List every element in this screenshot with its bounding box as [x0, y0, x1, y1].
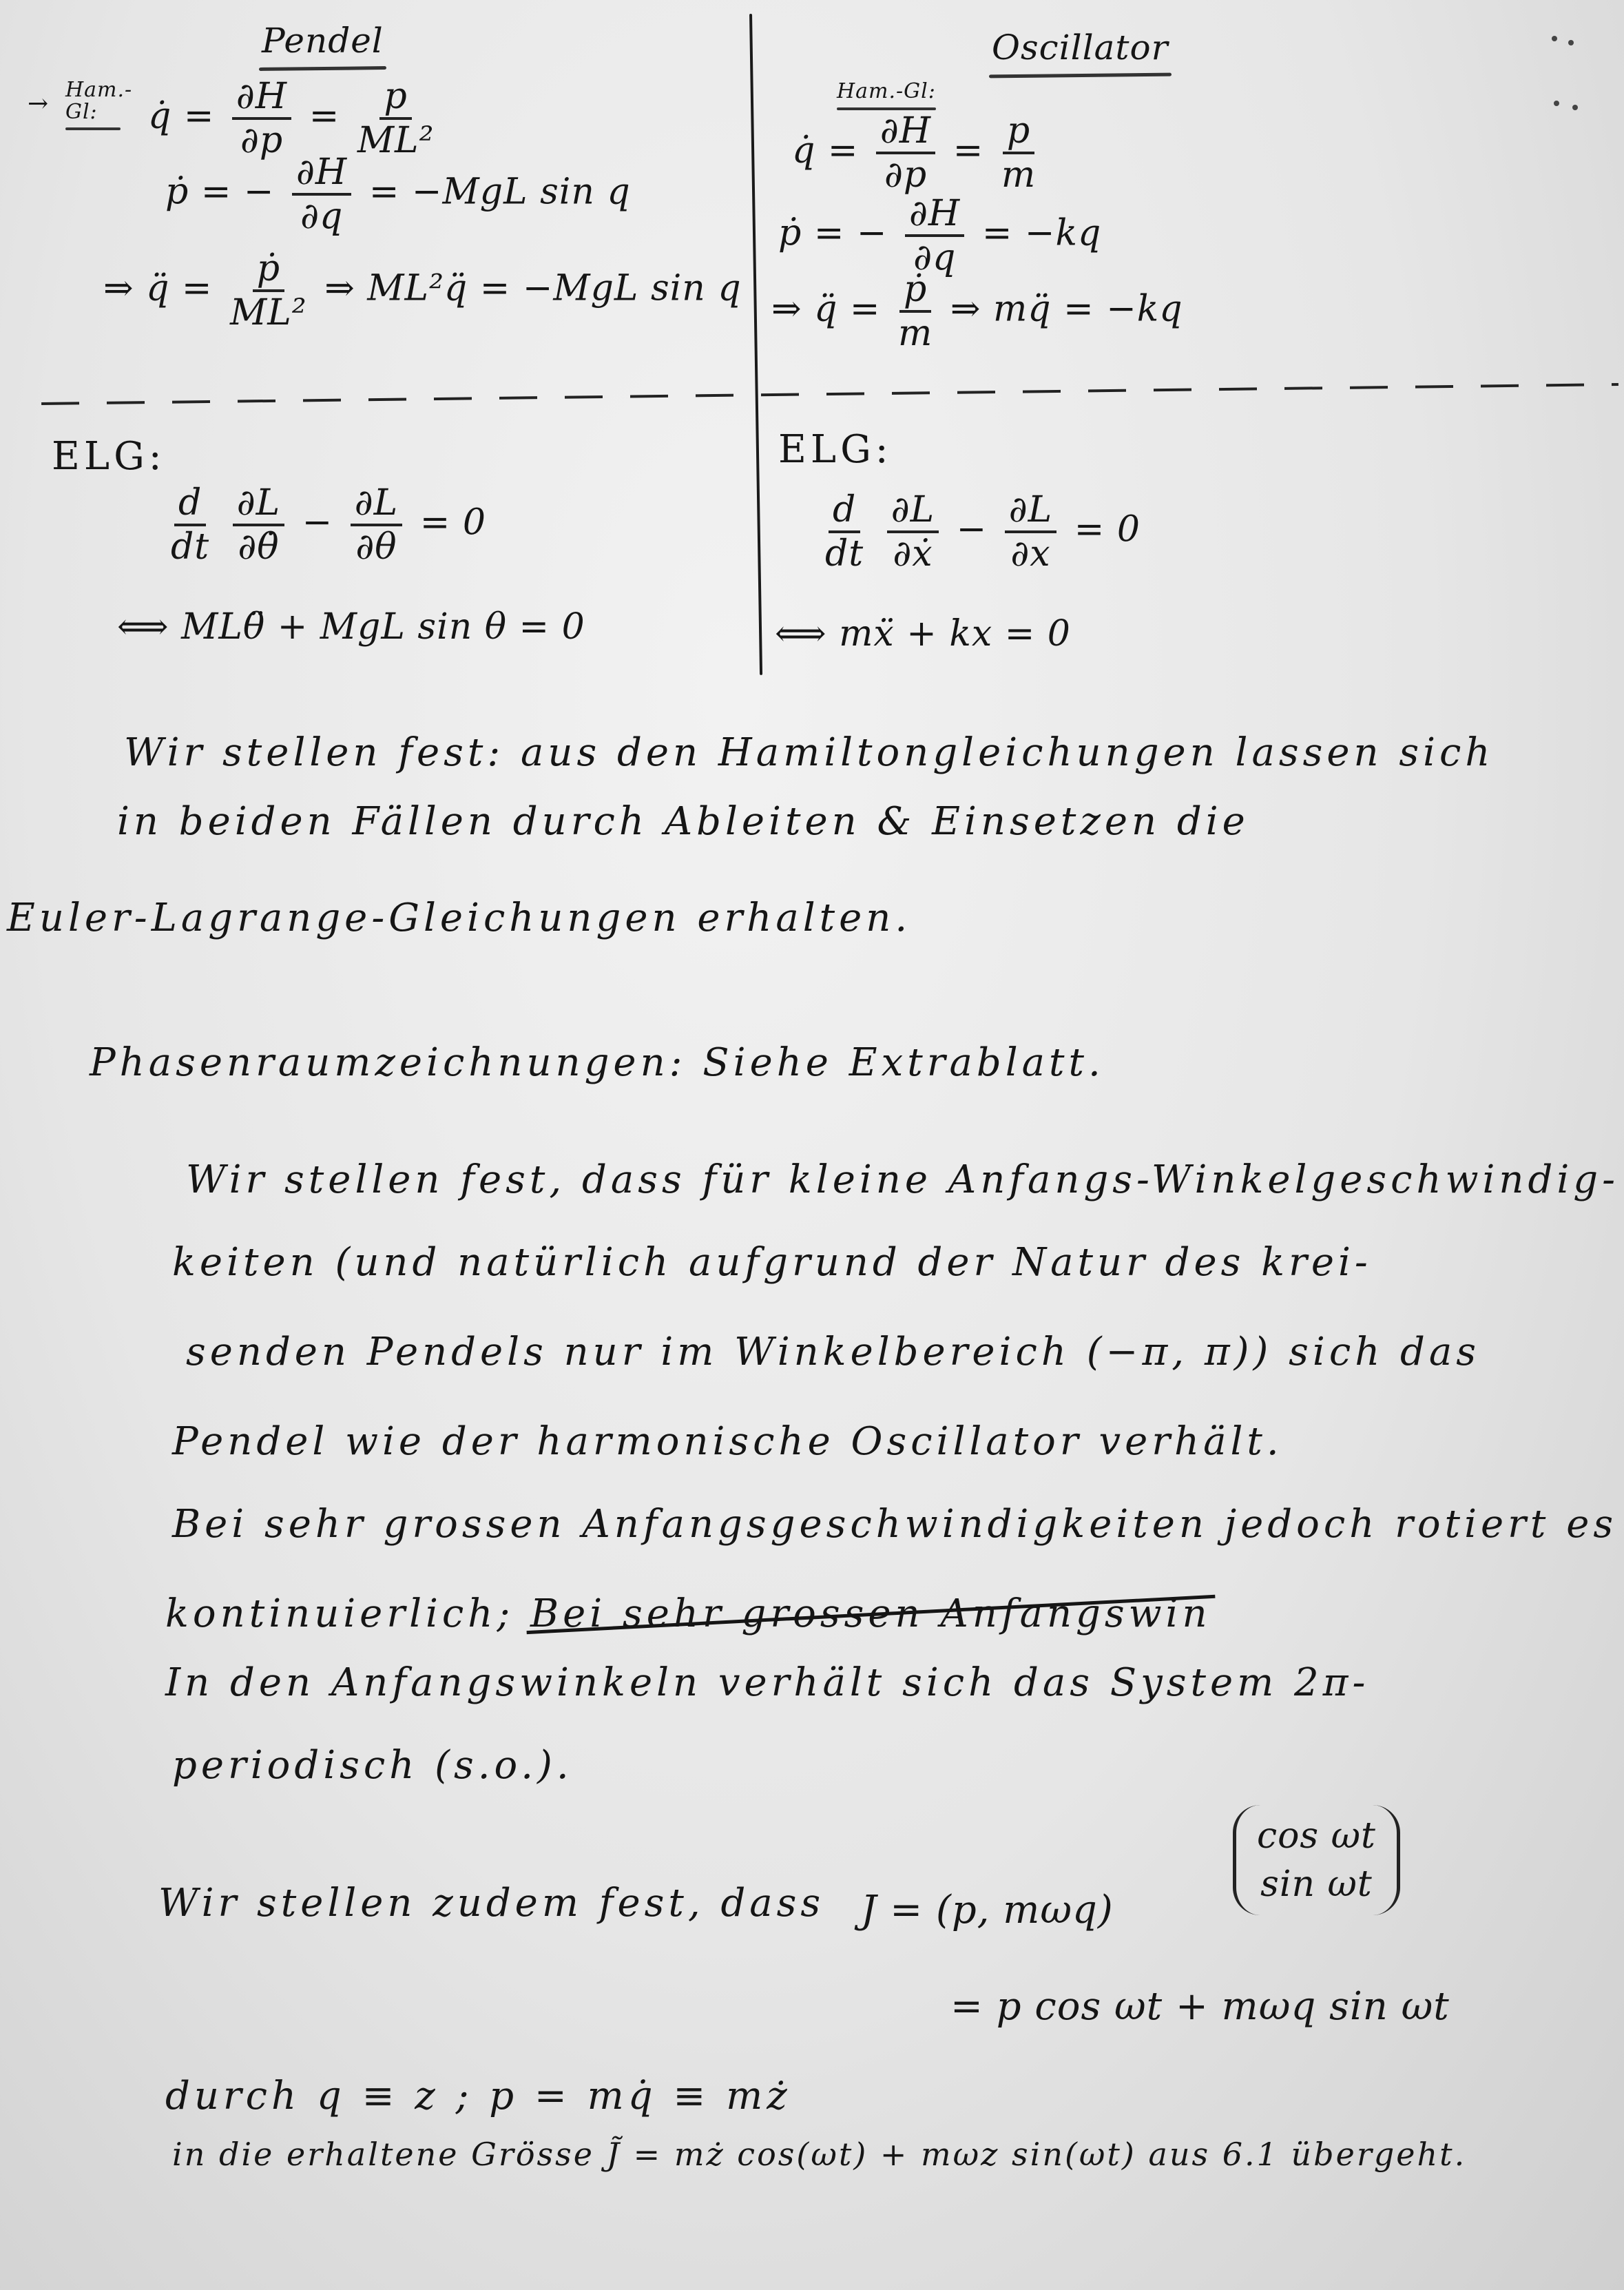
- hamilton-label-left: Ham.-Gl:: [65, 79, 121, 123]
- punch-mark: [1572, 105, 1578, 110]
- paragraph-4-line-1: Bei sehr grossen Anfangsgeschwindigkeite…: [172, 1502, 1617, 1547]
- hamilton-label-right: Ham.-Gl:: [837, 79, 936, 103]
- pendel-euler-lagrange: ddt ∂L∂θ̇ − ∂L∂θ = 0: [165, 482, 486, 568]
- paragraph-6-line-1: durch q ≡ z ; p = mq̇ ≡ mż: [165, 2074, 791, 2118]
- paragraph-3-line-3: senden Pendels nur im Winkelbereich (−π,…: [186, 1330, 1480, 1374]
- elg-label-right: ELG:: [778, 427, 893, 472]
- pendel-title: Pendel: [262, 21, 384, 61]
- oscillator-eq-qddot: ⇒ q̈ = ṗm ⇒ mq̈ = −kq: [771, 269, 1183, 354]
- punch-mark: [1554, 101, 1559, 106]
- oscillator-eq-qdot: q̇ = ∂H∂p = pm: [792, 110, 1041, 196]
- paragraph-4-line-4: periodisch (s.o.).: [172, 1743, 573, 1788]
- paragraph-1-line-1: Wir stellen fest: aus den Hamiltongleich…: [124, 730, 1494, 775]
- invariant-J-definition: J = (p, mωq): [861, 1888, 1114, 1932]
- paragraph-6-line-2: in die erhaltene Grösse J̃ = mż cos(ωt) …: [172, 2136, 1466, 2173]
- J-expanded: = p cos ωt + mωq sin ωt: [950, 1984, 1450, 2029]
- paragraph-4-line-3: In den Anfangswinkeln verhält sich das S…: [165, 1660, 1369, 1705]
- oscillator-title: Oscillator: [992, 28, 1169, 68]
- pendel-equation-of-motion: ⟺ MLθ̈ + MgL sin θ = 0: [117, 606, 585, 648]
- pendel-eq-qdot: q̇ = ∂H∂p = pML²: [148, 76, 439, 161]
- oscillator-euler-lagrange: ddt ∂L∂ẋ − ∂L∂x = 0: [820, 489, 1141, 575]
- paragraph-1-line-3: Euler-Lagrange-Gleichungen erhalten.: [7, 896, 911, 940]
- paragraph-3-line-4: Pendel wie der harmonische Oscillator ve…: [172, 1419, 1283, 1464]
- paragraph-4-line-2: kontinuierlich; Bei sehr grossen Anfangs…: [165, 1591, 1211, 1636]
- paragraph-3-line-1: Wir stellen fest, dass für kleine Anfang…: [186, 1157, 1619, 1202]
- paragraph-3-line-2: keiten (und natürlich aufgrund der Natur…: [172, 1240, 1372, 1285]
- paragraph-5-line-1: Wir stellen zudem fest, dass: [158, 1881, 824, 1926]
- section-divider-dashed: [41, 383, 1618, 405]
- pendel-eq-pdot: ṗ = − ∂H∂q = −MgL sin q: [165, 152, 631, 237]
- oscillator-equation-of-motion: ⟺ mẍ + kx = 0: [775, 613, 1071, 654]
- paragraph-2-line-1: Phasenraumzeichnungen: Siehe Extrablatt.: [90, 1040, 1105, 1085]
- punch-mark: [1552, 36, 1557, 41]
- oscillator-eq-pdot: ṗ = − ∂H∂q = −kq: [778, 193, 1101, 278]
- arrow-icon: →: [28, 90, 49, 118]
- elg-label-left: ELG:: [52, 434, 166, 479]
- column-divider: [749, 14, 762, 675]
- cos-sin-vector: cos ωt sin ωt: [1233, 1805, 1400, 1915]
- struck-out-text: Bei sehr grossen Anfangswin: [530, 1591, 1211, 1636]
- punch-mark: [1568, 40, 1574, 45]
- pendel-eq-qddot: ⇒ q̈ = ṗML² ⇒ ML²q̈ = −MgL sin q: [103, 248, 742, 333]
- paragraph-1-line-2: in beiden Fällen durch Ableiten & Einset…: [117, 799, 1249, 844]
